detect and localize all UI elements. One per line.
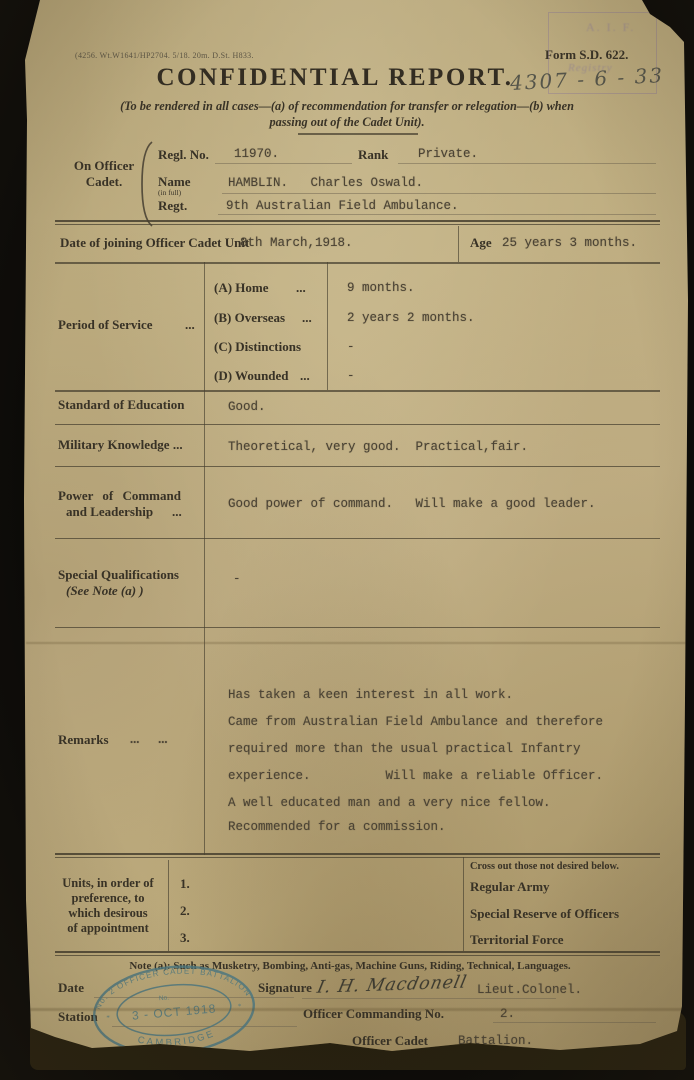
power-of-command-dots: ... (172, 504, 182, 520)
stamp-left-dot: * (106, 1014, 111, 1022)
stamp-top-arc-text: No. 2 OFFICER CADET BATTALION (90, 960, 253, 1011)
education-value: Good. (228, 400, 266, 414)
special-qualifications-note-label: (See Note (a) ) (66, 583, 144, 599)
signature-handwriting: I. H. Macdonell (315, 972, 469, 997)
on-officer-cadet-label: On Officer (66, 158, 142, 174)
service-sub-divider (327, 262, 328, 390)
unit-option-special-reserve: Special Reserve of Officers (470, 906, 619, 922)
regl-no-value: 11970. (234, 147, 279, 161)
stamp-no-label: No. (159, 994, 170, 1002)
units-label-1: Units, in order of (50, 876, 166, 891)
service-wounded-dots: ... (300, 368, 310, 384)
power-of-command-value: Good power of command. Will make a good … (228, 497, 596, 511)
title-divider-rule (298, 133, 418, 135)
stamp-date-text: 3 - OCT 1918 (131, 1001, 216, 1022)
rank-value: Private. (418, 147, 478, 161)
signature-label: Signature (258, 980, 312, 996)
service-home-dots: ... (296, 280, 306, 296)
svg-text:No. 2 OFFICER CADET BATTALION: No. 2 OFFICER CADET BATTALION (90, 960, 253, 1011)
fill-line (302, 998, 556, 999)
period-of-service-dots: ... (185, 317, 195, 333)
units-divider-2 (463, 857, 464, 951)
remarks-line-1: Has taken a keen interest in all work. (228, 688, 513, 702)
section-rule-thin (55, 857, 660, 858)
military-knowledge-label: Military Knowledge ... (58, 437, 183, 453)
service-distinctions-label: (C) Distinctions (214, 339, 301, 355)
unit-option-regular-army: Regular Army (470, 879, 550, 895)
units-label-2: preference, to (50, 891, 166, 906)
scanned-document-photo: (4256. Wt.W1641/HP2704. 5/18. 20m. D.St.… (0, 0, 694, 1080)
service-home-label: (A) Home (214, 280, 269, 296)
units-number-3: 3. (180, 930, 190, 946)
officer-cadet-label: Officer Cadet (352, 1033, 428, 1049)
section-rule (55, 538, 660, 539)
special-qualifications-label: Special Qualifications (58, 567, 179, 583)
regl-no-label: Regl. No. (158, 147, 209, 163)
age-label: Age (470, 235, 492, 251)
label-column-divider (204, 262, 205, 855)
date-of-joining-value: 8th March,1918. (240, 236, 353, 250)
age-value: 25 years 3 months. (502, 236, 637, 250)
section-rule-thin (55, 955, 660, 956)
units-number-2: 2. (180, 903, 190, 919)
remarks-label: Remarks (58, 732, 109, 748)
regt-label: Regt. (158, 198, 187, 214)
section-rule (55, 262, 660, 264)
special-qualifications-value: - (233, 572, 241, 586)
fill-line (218, 214, 656, 215)
section-rule (55, 424, 660, 425)
on-officer-cadet-label-2: Cadet. (66, 174, 142, 190)
remarks-line-3: required more than the usual practical I… (228, 742, 581, 756)
remarks-line-6: Recommended for a commission. (228, 820, 446, 834)
section-rule (55, 220, 660, 222)
units-number-1: 1. (180, 876, 190, 892)
name-in-full-sublabel: (in full) (158, 188, 181, 197)
military-knowledge-value: Theoretical, very good. Practical,fair. (228, 440, 528, 454)
section-rule (55, 951, 660, 953)
fill-line (222, 193, 656, 194)
paper-fold-crease (26, 1008, 686, 1011)
form-paper: (4256. Wt.W1641/HP2704. 5/18. 20m. D.St.… (0, 0, 694, 1080)
service-wounded-label: (D) Wounded (214, 368, 289, 384)
units-label-3: which desirous (50, 906, 166, 921)
service-overseas-label: (B) Overseas (214, 310, 285, 326)
fill-line (215, 163, 352, 164)
education-label: Standard of Education (58, 397, 184, 413)
section-rule (55, 853, 660, 855)
service-overseas-value: 2 years 2 months. (347, 311, 475, 325)
cross-out-note: Cross out those not desired below. (470, 861, 619, 872)
service-overseas-dots: ... (302, 310, 312, 326)
section-rule (55, 390, 660, 392)
fill-line (493, 1022, 656, 1023)
signature-rank-value: Lieut.Colonel. (477, 983, 582, 997)
period-of-service-label: Period of Service (58, 317, 153, 333)
subtitle-line-1: (To be rendered in all cases—(a) of reco… (60, 99, 634, 114)
faint-stamp-text: A. I. F. (586, 20, 635, 35)
units-divider-1 (168, 860, 169, 951)
units-label-4: of appointment (50, 921, 166, 936)
fill-line (398, 163, 656, 164)
column-divider (458, 226, 459, 262)
remarks-dots: ... ... (130, 732, 168, 747)
rank-label: Rank (358, 147, 388, 163)
section-rule-thin (55, 224, 660, 225)
service-home-value: 9 months. (347, 281, 415, 295)
date-of-joining-label: Date of joining Officer Cadet Unit (60, 235, 249, 251)
remarks-line-5: A well educated man and a very nice fell… (228, 796, 551, 810)
name-value: HAMBLIN. Charles Oswald. (228, 176, 423, 190)
power-of-command-label-2: and Leadership (66, 504, 153, 520)
remarks-line-2: Came from Australian Field Ambulance and… (228, 715, 603, 729)
paper-crease (26, 642, 686, 644)
power-of-command-label: Power of Command (58, 488, 181, 504)
printer-code: (4256. Wt.W1641/HP2704. 5/18. 20m. D.St.… (75, 51, 254, 60)
section-rule (55, 627, 660, 628)
subtitle-line-2: passing out of the Cadet Unit). (60, 115, 634, 130)
unit-option-territorial-force: Territorial Force (470, 932, 564, 948)
remarks-line-4: experience. Will make a reliable Officer… (228, 769, 603, 783)
section-rule (55, 466, 660, 467)
service-distinctions-value: - (347, 340, 355, 354)
regt-value: 9th Australian Field Ambulance. (226, 199, 459, 213)
service-wounded-value: - (347, 369, 355, 383)
form-title: CONFIDENTIAL REPORT. (150, 64, 520, 92)
brace-icon (138, 140, 154, 228)
